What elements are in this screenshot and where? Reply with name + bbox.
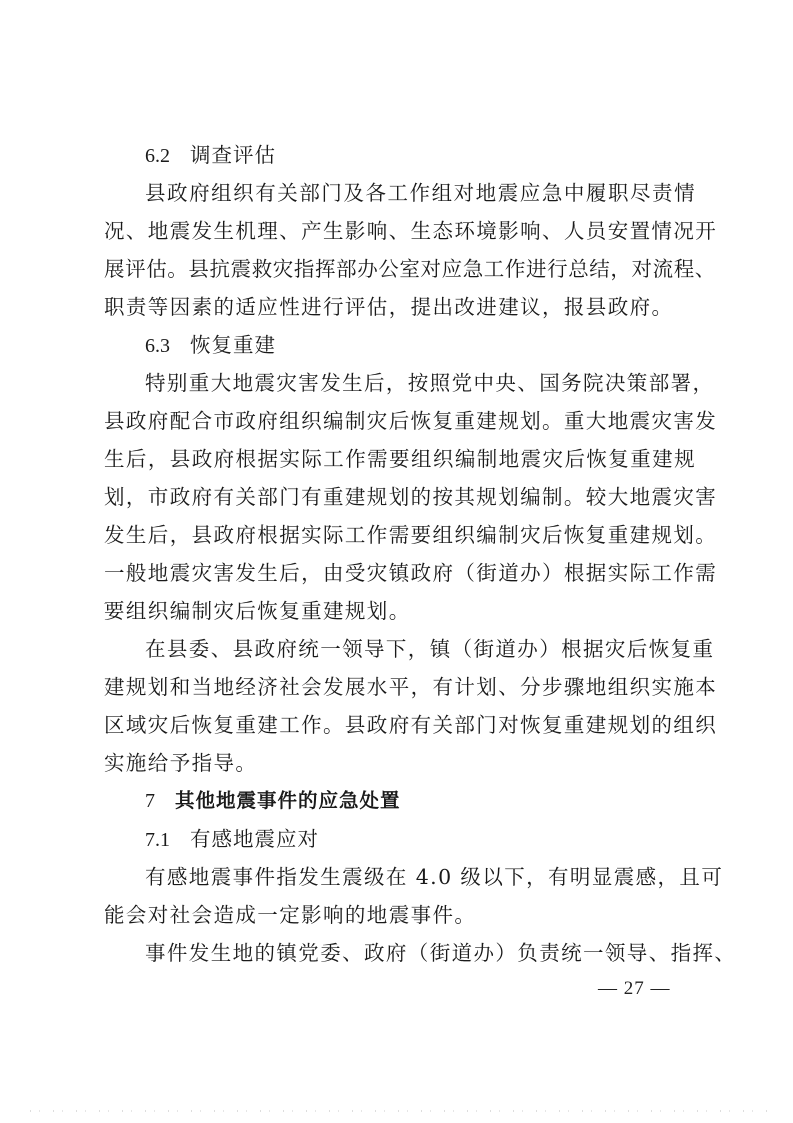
section-7-heading: 7其他地震事件的应急处置 — [104, 782, 696, 820]
section-6-2-heading: 6.2调查评估 — [104, 136, 696, 174]
section-number: 7 — [145, 782, 155, 820]
paragraph-line: 建规划和当地经济社会发展水平，有计划、分步骤地组织实施本 — [104, 668, 696, 706]
scan-speck — [402, 580, 404, 582]
scan-edge-noise — [30, 1110, 770, 1112]
paragraph-line: 事件发生地的镇党委、政府（街道办）负责统一领导、指挥、 — [104, 934, 696, 972]
paragraph-line: 况、地震发生机理、产生影响、生态环境影响、人员安置情况开 — [104, 212, 696, 250]
paragraph-line: 划，市政府有关部门有重建规划的按其规划编制。较大地震灾害 — [104, 478, 696, 516]
section-6-3-heading: 6.3恢复重建 — [104, 326, 696, 364]
paragraph-line: 有感地震事件指发生震级在 4.0 级以下，有明显震感，且可 — [104, 858, 696, 896]
paragraph-line: 能会对社会造成一定影响的地震事件。 — [104, 896, 696, 934]
page-number: — 27 — — [598, 978, 671, 1000]
paragraph-line: 发生后，县政府根据实际工作需要组织编制灾后恢复重建规划。 — [104, 516, 696, 554]
section-number: 7.1 — [145, 821, 170, 859]
paragraph-line: 县政府组织有关部门及各工作组对地震应急中履职尽责情 — [104, 174, 696, 212]
section-title: 有感地震应对 — [190, 827, 319, 851]
section-title: 恢复重建 — [190, 333, 276, 357]
section-title: 调查评估 — [190, 143, 276, 167]
paragraph-line: 区域灾后恢复重建工作。县政府有关部门对恢复重建规划的组织 — [104, 706, 696, 744]
paragraph-line: 在县委、县政府统一领导下，镇（街道办）根据灾后恢复重 — [104, 630, 696, 668]
paragraph-line: 生后，县政府根据实际工作需要组织编制地震灾后恢复重建规 — [104, 440, 696, 478]
document-page: 6.2调查评估 县政府组织有关部门及各工作组对地震应急中履职尽责情 况、地震发生… — [0, 0, 793, 1123]
paragraph-line: 职责等因素的适应性进行评估，提出改进建议，报县政府。 — [104, 288, 696, 326]
paragraph-line: 展评估。县抗震救灾指挥部办公室对应急工作进行总结，对流程、 — [104, 250, 696, 288]
paragraph-line: 实施给予指导。 — [104, 744, 696, 782]
paragraph-line: 一般地震灾害发生后，由受灾镇政府（街道办）根据实际工作需 — [104, 554, 696, 592]
section-number: 6.2 — [145, 137, 170, 175]
section-title: 其他地震事件的应急处置 — [175, 789, 401, 812]
scan-speck — [104, 603, 107, 604]
section-number: 6.3 — [145, 327, 170, 365]
paragraph-line: 特别重大地震灾害发生后，按照党中央、国务院决策部署， — [104, 364, 696, 402]
paragraph-line: 县政府配合市政府组织编制灾后恢复重建规划。重大地震灾害发 — [104, 402, 696, 440]
paragraph-line: 要组织编制灾后恢复重建规划。 — [104, 592, 696, 630]
section-7-1-heading: 7.1有感地震应对 — [104, 820, 696, 858]
